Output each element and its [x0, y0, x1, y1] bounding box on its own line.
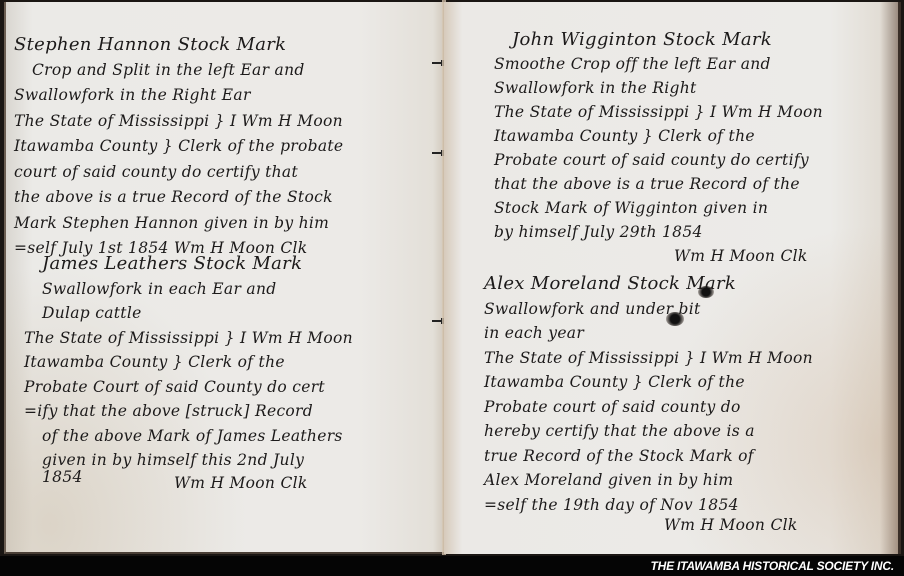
left-page: Stephen Hannon Stock Mark Crop and Split…: [4, 2, 446, 554]
stock-mark-entry-john-wigginton: John Wigginton Stock Mark Smoothe Crop o…: [494, 28, 823, 268]
entry-line: Itawamba County } Clerk of the: [484, 370, 813, 395]
entry-line: Itawamba County } Clerk of the probate: [14, 134, 343, 160]
entry-title: John Wigginton Stock Mark: [494, 28, 823, 52]
stock-mark-entry-james-leathers: James Leathers Stock Mark Swallowfork in…: [24, 252, 353, 496]
stock-mark-entry-alex-moreland: Alex Moreland Stock Mark Swallowfork and…: [484, 272, 813, 538]
entry-line: =ify that the above [struck] Record: [24, 399, 353, 424]
entry-line: in each year: [484, 321, 813, 346]
entry-line: The State of Mississippi } I Wm H Moon: [484, 346, 813, 371]
entry-line: court of said county do certify that: [14, 160, 343, 186]
entry-line: Smoothe Crop off the left Ear and: [494, 52, 823, 76]
entry-line: by himself July 29th 1854: [494, 220, 823, 244]
entry-line: hereby certify that the above is a: [484, 419, 813, 444]
entry-line: Probate Court of said County do cert: [24, 375, 353, 400]
ink-blot: [666, 312, 684, 326]
entry-line: Crop and Split in the left Ear and: [14, 58, 343, 84]
ink-blot: [698, 286, 714, 298]
entry-line: Swallowfork and under bit: [484, 297, 813, 322]
entry-line: true Record of the Stock Mark of: [484, 444, 813, 469]
entry-title: Stephen Hannon Stock Mark: [14, 32, 343, 58]
entry-title: James Leathers Stock Mark: [24, 252, 353, 277]
entry-signature: Wm H Moon Clk: [494, 244, 823, 268]
entry-line: Swallowfork in the Right: [494, 76, 823, 100]
entry-line: Swallowfork in the Right Ear: [14, 83, 343, 109]
entry-line: The State of Mississippi } I Wm H Moon: [14, 109, 343, 135]
open-record-book: Stephen Hannon Stock Mark Crop and Split…: [0, 0, 904, 556]
margin-tick-mark: [432, 62, 442, 64]
entry-line: Stock Mark of Wigginton given in: [494, 196, 823, 220]
entry-line: Probate court of said county do certify: [494, 148, 823, 172]
margin-tick-mark: [432, 320, 442, 322]
entry-line: The State of Mississippi } I Wm H Moon: [494, 100, 823, 124]
entry-line: Dulap cattle: [24, 301, 353, 326]
entry-line: that the above is a true Record of the: [494, 172, 823, 196]
margin-tick-mark: [432, 152, 442, 154]
entry-line: of the above Mark of James Leathers: [24, 424, 353, 449]
entry-line: The State of Mississippi } I Wm H Moon: [24, 326, 353, 351]
entry-title: Alex Moreland Stock Mark: [484, 272, 813, 297]
watermark-caption: THE ITAWAMBA HISTORICAL SOCIETY INC.: [651, 559, 894, 573]
entry-line: Itawamba County } Clerk of the: [24, 350, 353, 375]
entry-line: Itawamba County } Clerk of the: [494, 124, 823, 148]
entry-line: the above is a true Record of the Stock: [14, 185, 343, 211]
entry-line: Mark Stephen Hannon given in by him: [14, 211, 343, 237]
entry-line: Probate court of said county do: [484, 395, 813, 420]
entry-line: Swallowfork in each Ear and: [24, 277, 353, 302]
stock-mark-entry-stephen-hannon: Stephen Hannon Stock Mark Crop and Split…: [14, 32, 343, 262]
entry-line: Alex Moreland given in by him: [484, 468, 813, 493]
right-page: John Wigginton Stock Mark Smoothe Crop o…: [444, 2, 901, 554]
